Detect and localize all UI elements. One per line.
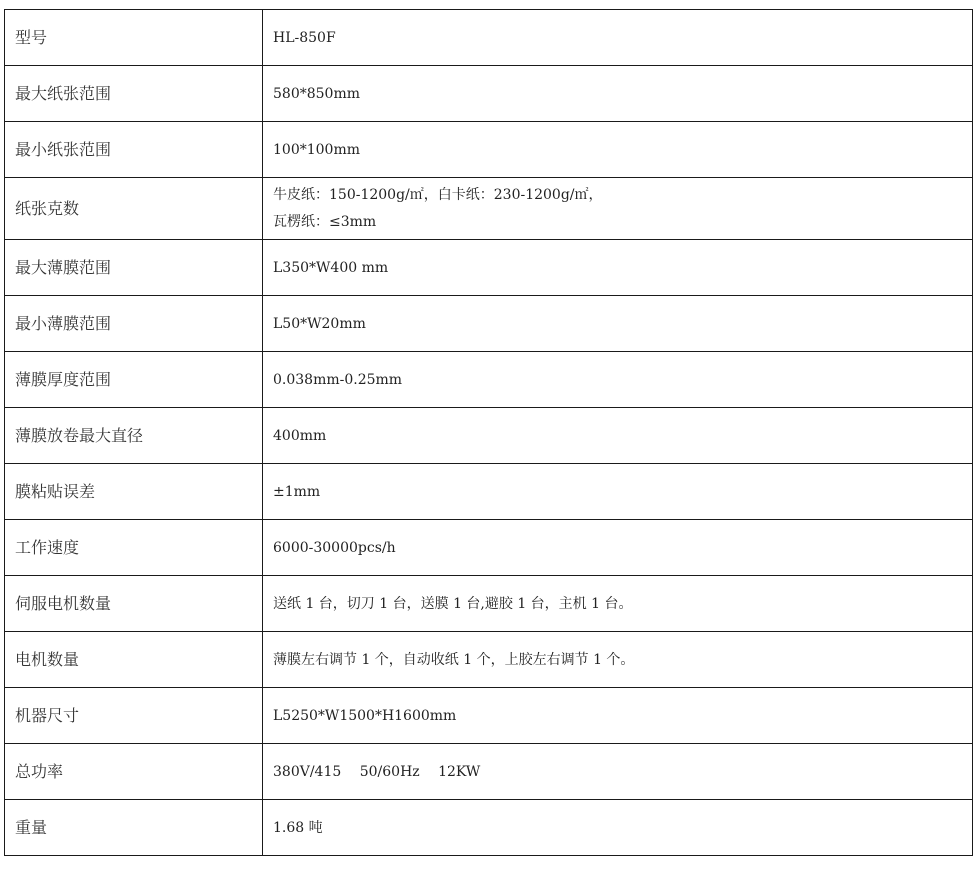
row-label: 型号 <box>5 10 263 66</box>
row-value: HL-850F <box>263 10 973 66</box>
row-value-line: 瓦楞纸：≤3mm <box>273 209 962 236</box>
row-value: 牛皮纸：150-1200g/㎡，白卡纸：230-1200g/㎡， 瓦楞纸：≤3m… <box>263 178 973 240</box>
row-label: 伺服电机数量 <box>5 576 263 632</box>
table-row-machine-dimensions: 机器尺寸 L5250*W1500*H1600mm <box>5 688 973 744</box>
table-row-weight: 重量 1.68 吨 <box>5 800 973 856</box>
table-row-min-paper-size: 最小纸张范围 100*100mm <box>5 122 973 178</box>
table-row-min-film-size: 最小薄膜范围 L50*W20mm <box>5 296 973 352</box>
row-label: 最大薄膜范围 <box>5 240 263 296</box>
table-row-working-speed: 工作速度 6000-30000pcs/h <box>5 520 973 576</box>
row-value: 1.68 吨 <box>263 800 973 856</box>
row-value: 6000-30000pcs/h <box>263 520 973 576</box>
row-value: 380V/415 50/60Hz 12KW <box>263 744 973 800</box>
row-value: 薄膜左右调节 1 个，自动收纸 1 个，上胶左右调节 1 个。 <box>263 632 973 688</box>
table-row-lamination-error: 膜粘贴误差 ±1mm <box>5 464 973 520</box>
table-row-paper-weight: 纸张克数 牛皮纸：150-1200g/㎡，白卡纸：230-1200g/㎡， 瓦楞… <box>5 178 973 240</box>
row-label: 最小纸张范围 <box>5 122 263 178</box>
row-label: 纸张克数 <box>5 178 263 240</box>
row-label: 最大纸张范围 <box>5 66 263 122</box>
row-label: 膜粘贴误差 <box>5 464 263 520</box>
table-row-motors: 电机数量 薄膜左右调节 1 个，自动收纸 1 个，上胶左右调节 1 个。 <box>5 632 973 688</box>
row-value: L50*W20mm <box>263 296 973 352</box>
row-value: 400mm <box>263 408 973 464</box>
table-row-servo-motors: 伺服电机数量 送纸 1 台，切刀 1 台，送膜 1 台,避胶 1 台，主机 1 … <box>5 576 973 632</box>
row-label: 最小薄膜范围 <box>5 296 263 352</box>
table-row-model: 型号 HL-850F <box>5 10 973 66</box>
row-label: 机器尺寸 <box>5 688 263 744</box>
row-value: 0.038mm-0.25mm <box>263 352 973 408</box>
table-row-film-roll-diameter: 薄膜放卷最大直径 400mm <box>5 408 973 464</box>
table-row-max-film-size: 最大薄膜范围 L350*W400 mm <box>5 240 973 296</box>
row-label: 薄膜放卷最大直径 <box>5 408 263 464</box>
row-value: 580*850mm <box>263 66 973 122</box>
row-label: 电机数量 <box>5 632 263 688</box>
row-value: L350*W400 mm <box>263 240 973 296</box>
row-value: ±1mm <box>263 464 973 520</box>
row-label: 重量 <box>5 800 263 856</box>
table-row-film-thickness: 薄膜厚度范围 0.038mm-0.25mm <box>5 352 973 408</box>
row-value: L5250*W1500*H1600mm <box>263 688 973 744</box>
row-value-line: 牛皮纸：150-1200g/㎡，白卡纸：230-1200g/㎡， <box>273 182 962 209</box>
row-value: 100*100mm <box>263 122 973 178</box>
row-label: 总功率 <box>5 744 263 800</box>
spec-table: 型号 HL-850F 最大纸张范围 580*850mm 最小纸张范围 100*1… <box>4 9 973 856</box>
table-row-max-paper-size: 最大纸张范围 580*850mm <box>5 66 973 122</box>
row-label: 工作速度 <box>5 520 263 576</box>
table-row-total-power: 总功率 380V/415 50/60Hz 12KW <box>5 744 973 800</box>
row-label: 薄膜厚度范围 <box>5 352 263 408</box>
row-value: 送纸 1 台，切刀 1 台，送膜 1 台,避胶 1 台，主机 1 台。 <box>263 576 973 632</box>
